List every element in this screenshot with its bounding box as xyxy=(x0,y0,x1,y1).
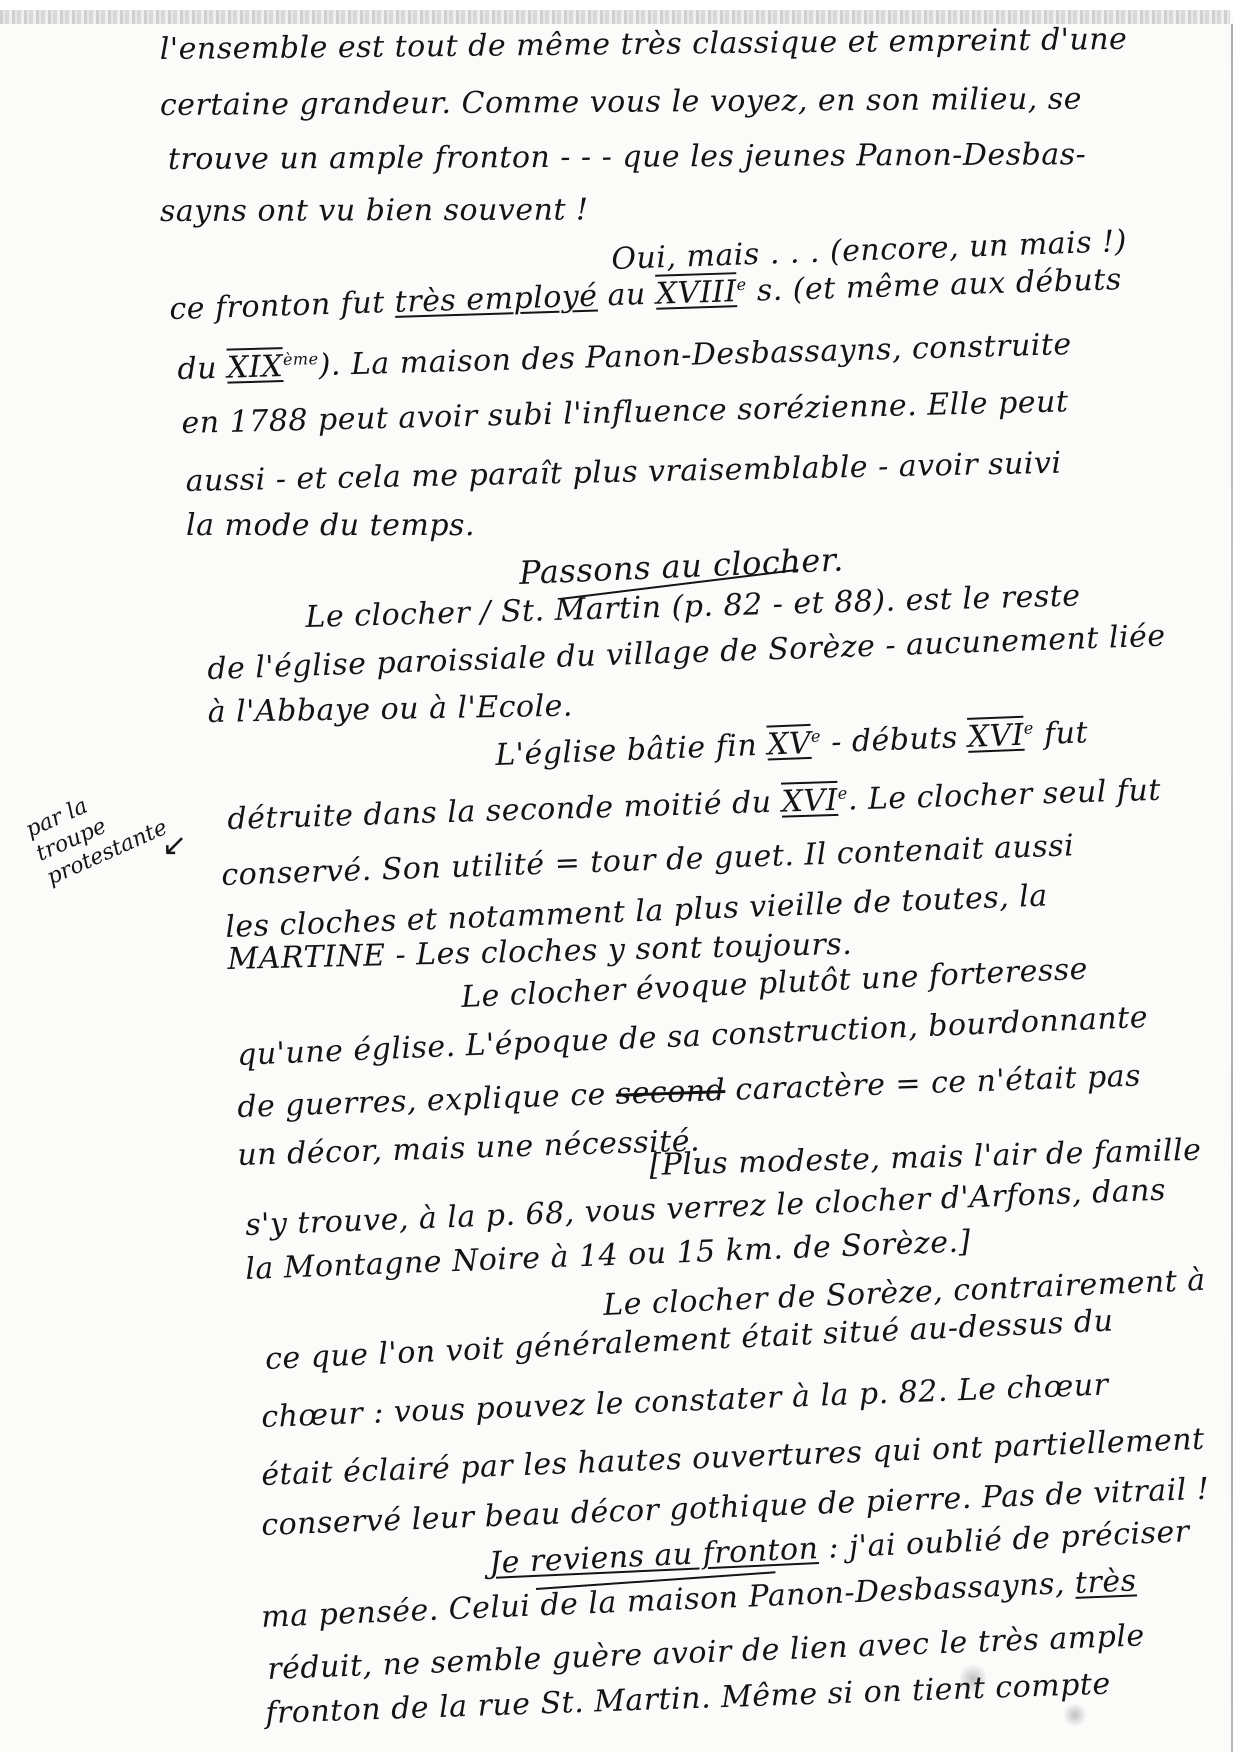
text-segment: XIX xyxy=(227,349,284,386)
text-line: L'église bâtie fin XVe - débuts XVIe fut xyxy=(495,715,1089,773)
text-segment: ). La maison des Panon-Desbassayns, cons… xyxy=(318,327,1072,383)
text-line: en 1788 peut avoir subi l'influence soré… xyxy=(181,384,1069,441)
text-segment: à l'Abbaye ou à l'Ecole. xyxy=(207,689,573,730)
text-segment: fut xyxy=(1033,715,1088,752)
text-segment: e xyxy=(837,784,848,803)
text-segment: ce fronton fut xyxy=(169,285,395,327)
text-line: de guerres, explique ce second caractère… xyxy=(237,1058,1142,1125)
text-segment: du xyxy=(177,351,228,387)
text-segment: XVI xyxy=(781,783,838,820)
text-segment: en 1788 peut avoir subi l'influence soré… xyxy=(181,384,1069,441)
text-segment: s'y trouve, à la p. 68, vous verrez le c… xyxy=(245,1173,1167,1243)
text-line: détruite dans la seconde moitié du XVIe.… xyxy=(227,773,1161,837)
text-segment: de guerres, explique ce xyxy=(237,1077,617,1125)
text-line: certaine grandeur. Comme vous le voyez, … xyxy=(160,82,1082,123)
scanned-page: l'ensemble est tout de même très classiq… xyxy=(0,0,1240,1752)
text-line: du XIXème). La maison des Panon-Desbassa… xyxy=(177,327,1072,387)
text-segment: trouve un ample fronton - - - que les je… xyxy=(168,137,1086,177)
text-line: trouve un ample fronton - - - que les je… xyxy=(168,137,1086,177)
text-line: s'y trouve, à la p. 68, vous verrez le c… xyxy=(245,1173,1167,1243)
text-segment: e xyxy=(736,275,747,294)
text-line: sayns ont vu bien souvent ! xyxy=(160,193,589,229)
text-segment: l'ensemble est tout de même très classiq… xyxy=(160,22,1128,67)
scan-right-outside xyxy=(1233,0,1240,1752)
text-segment: un décor, mais une nécessité. xyxy=(237,1123,701,1173)
text-segment: second xyxy=(615,1073,726,1112)
text-segment: très employé xyxy=(394,279,598,320)
text-segment: certaine grandeur. Comme vous le voyez, … xyxy=(160,82,1082,123)
ink-smudge xyxy=(1064,1702,1086,1728)
text-segment: sayns ont vu bien souvent ! xyxy=(160,193,589,229)
text-segment: . Le clocher seul fut xyxy=(847,773,1161,818)
text-segment: détruite dans la seconde moitié du xyxy=(227,785,782,837)
text-line: à l'Abbaye ou à l'Ecole. xyxy=(207,689,573,730)
text-segment: L'église bâtie fin xyxy=(495,728,768,773)
text-line: un décor, mais une nécessité. xyxy=(237,1123,701,1173)
scan-top-gap xyxy=(0,0,1240,10)
text-segment: au xyxy=(597,277,656,314)
text-line: chœur : vous pouvez le constater à la p.… xyxy=(261,1367,1109,1435)
margin-note: par la troupe protestante xyxy=(22,759,191,891)
text-segment: XV xyxy=(767,726,812,763)
text-segment: XVIII xyxy=(655,274,737,312)
text-segment: : j'ai oublié de préciser xyxy=(818,1514,1191,1566)
text-segment: aussi - et cela me paraît plus vraisembl… xyxy=(185,446,1062,499)
text-segment: XVI xyxy=(967,718,1025,755)
text-line: la mode du temps. xyxy=(186,508,475,543)
text-line: aussi - et cela me paraît plus vraisembl… xyxy=(185,446,1062,499)
text-segment: - débuts xyxy=(821,720,969,761)
text-line: l'ensemble est tout de même très classiq… xyxy=(160,22,1128,67)
text-segment: la mode du temps. xyxy=(186,508,475,543)
arrow-down-left-icon: ↙ xyxy=(162,828,187,863)
text-segment: ème xyxy=(283,349,319,369)
text-segment: très xyxy=(1074,1563,1137,1601)
text-segment: caractère = ce n'était pas xyxy=(725,1058,1142,1107)
text-segment: chœur : vous pouvez le constater à la p.… xyxy=(261,1367,1109,1435)
